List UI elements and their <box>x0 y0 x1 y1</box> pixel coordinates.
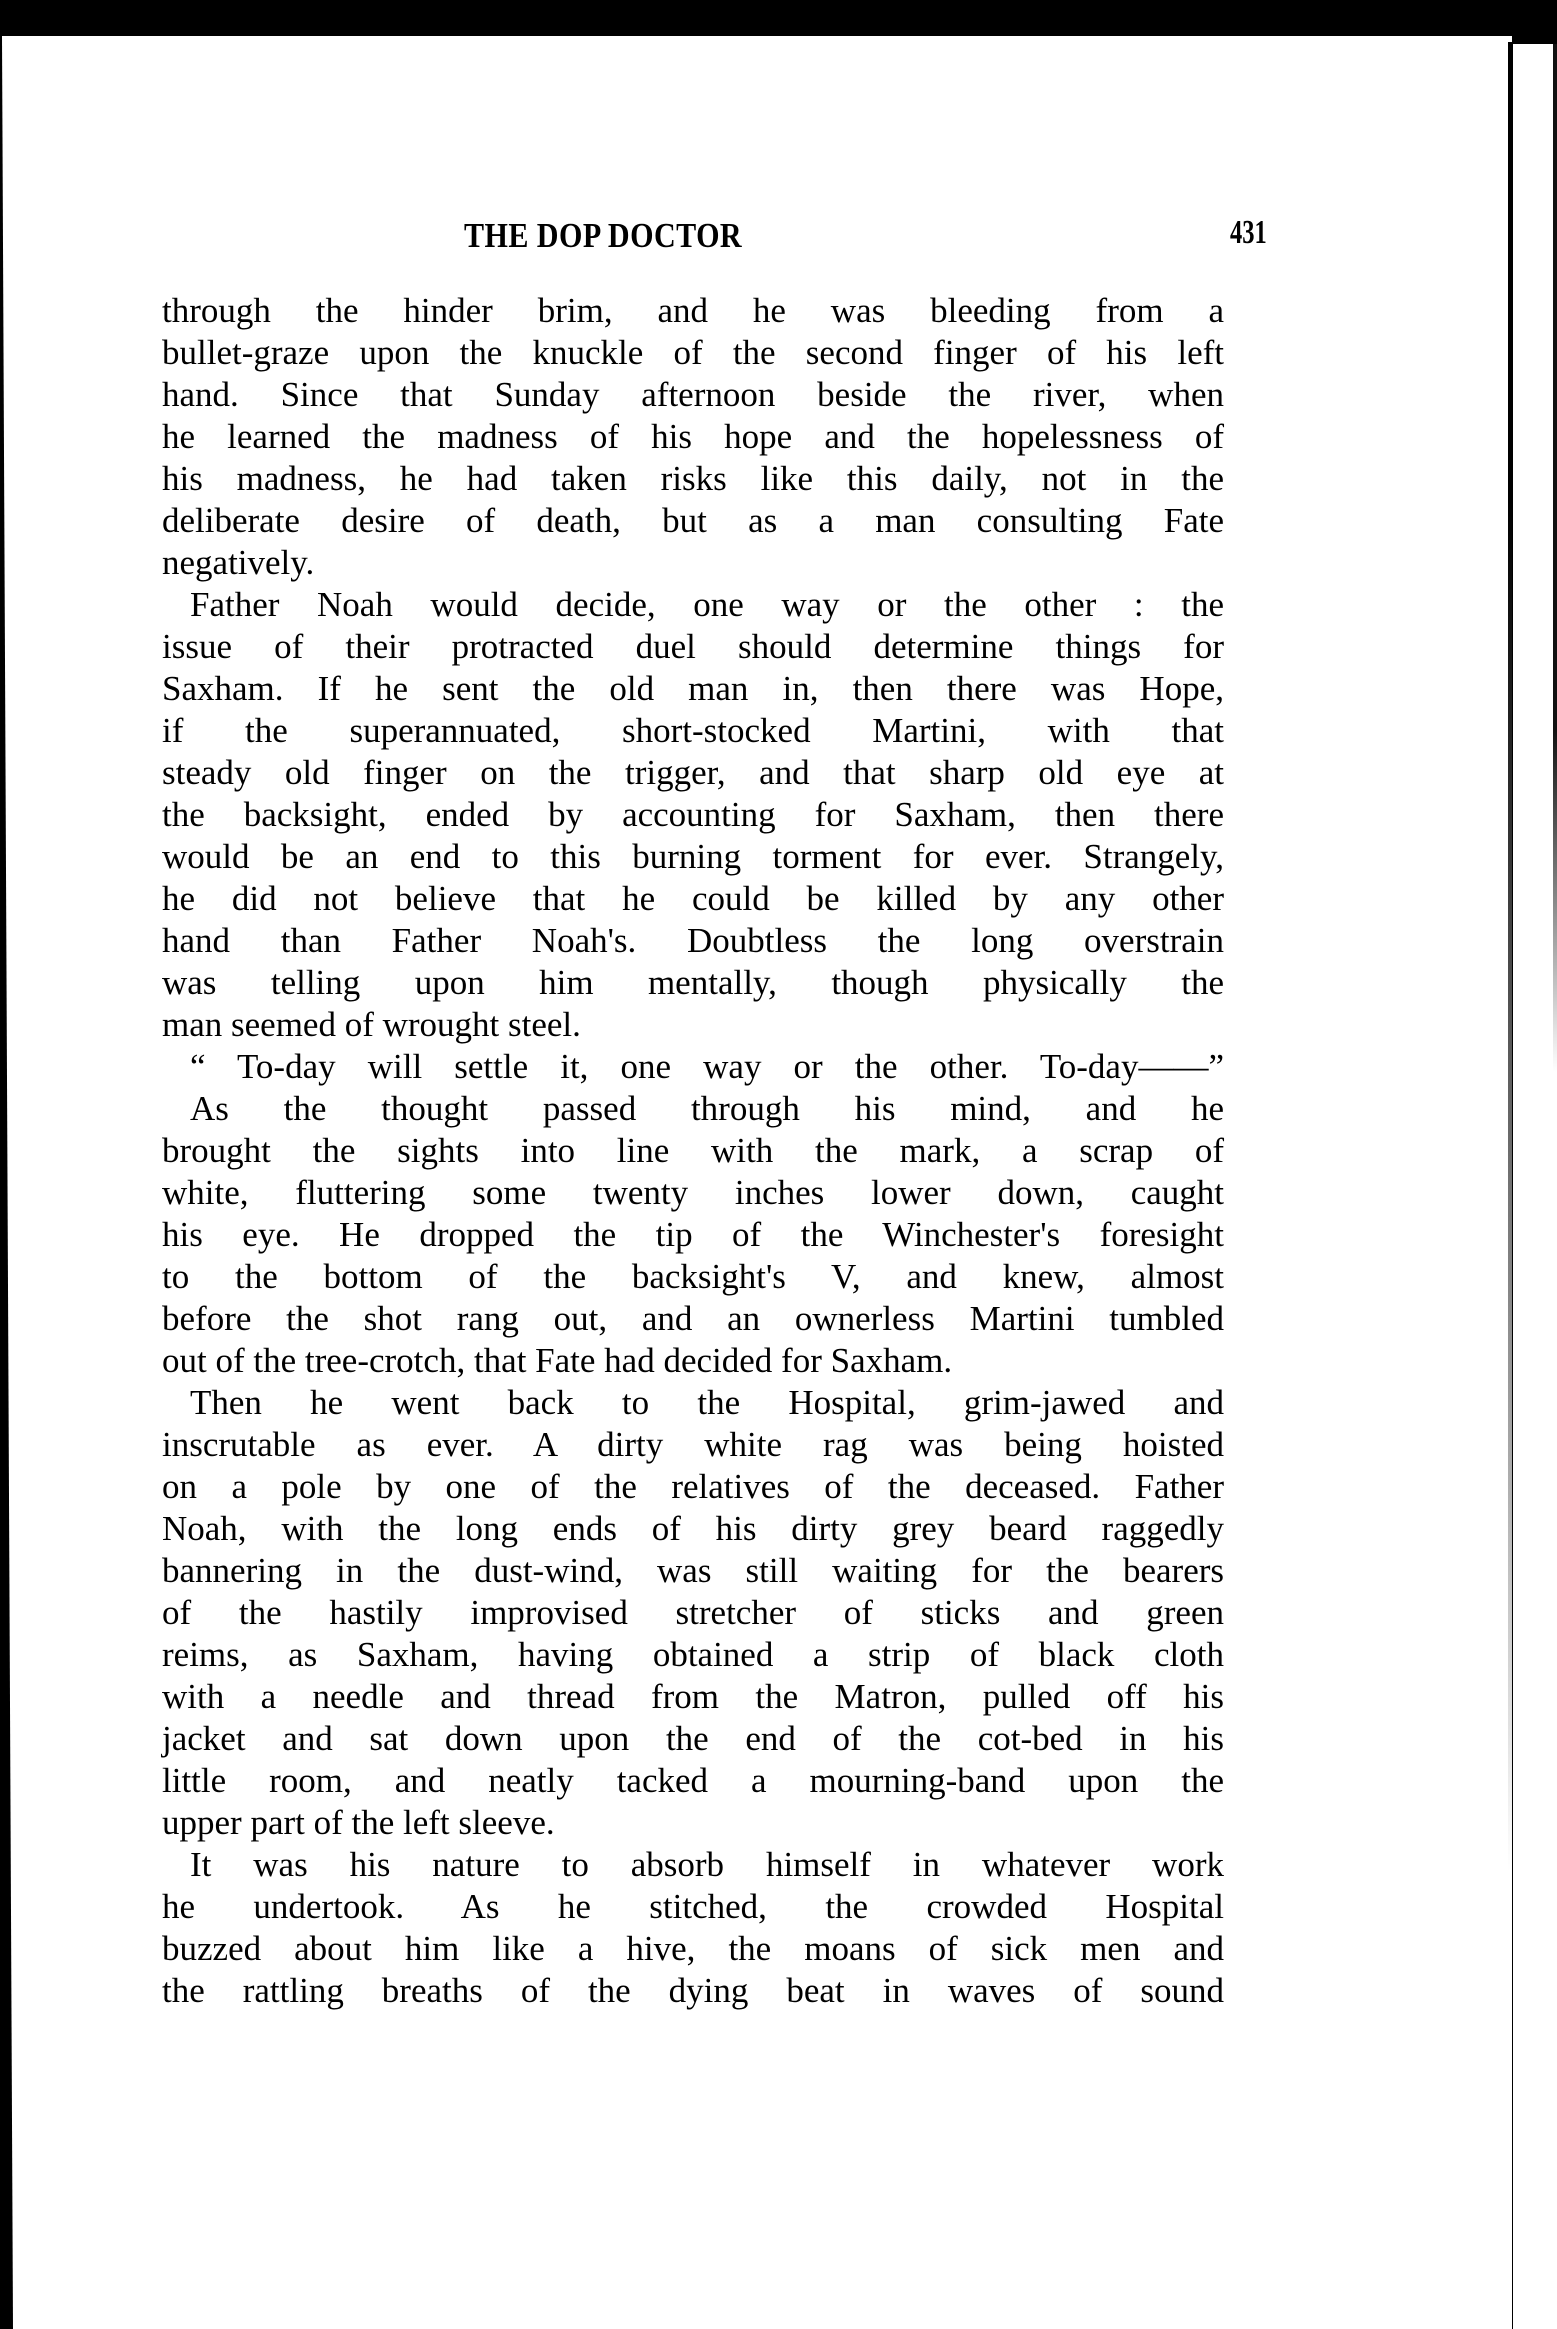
text-line: through the hinder brim, and he was blee… <box>162 290 1224 332</box>
text-line: he undertook. As he stitched, the crowde… <box>162 1886 1224 1928</box>
text-line: buzzed about him like a hive, the moans … <box>162 1928 1224 1970</box>
page-gutter-edge <box>1508 42 1512 2329</box>
text-line: the rattling breaths of the dying beat i… <box>162 1970 1224 2012</box>
paragraph: through the hinder brim, and he was blee… <box>162 290 1224 584</box>
text-line: his madness, he had taken risks like thi… <box>162 458 1224 500</box>
text-line: steady old finger on the trigger, and th… <box>162 752 1224 794</box>
scan-top-border <box>0 0 1557 36</box>
paragraph: Father Noah would decide, one way or the… <box>162 584 1224 1046</box>
text-line: before the shot rang out, and an ownerle… <box>162 1298 1224 1340</box>
text-line: inscrutable as ever. A dirty white rag w… <box>162 1424 1224 1466</box>
text-line: the backsight, ended by accounting for S… <box>162 794 1224 836</box>
text-line: issue of their protracted duel should de… <box>162 626 1224 668</box>
paragraph: Then he went back to the Hospital, grim-… <box>162 1382 1224 1844</box>
text-line: was telling upon him mentally, though ph… <box>162 962 1224 1004</box>
text-line: he learned the madness of his hope and t… <box>162 416 1224 458</box>
text-line: little room, and neatly tacked a mournin… <box>162 1760 1224 1802</box>
paragraph: It was his nature to absorb himself in w… <box>162 1844 1224 2012</box>
text-line: would be an end to this burning torment … <box>162 836 1224 878</box>
text-line: to the bottom of the backsight's V, and … <box>162 1256 1224 1298</box>
text-line: bannering in the dust-wind, was still wa… <box>162 1550 1224 1592</box>
text-line: white, fluttering some twenty inches low… <box>162 1172 1224 1214</box>
adjacent-page-edge <box>1513 44 1557 2329</box>
text-line: deliberate desire of death, but as a man… <box>162 500 1224 542</box>
text-line: negatively. <box>162 542 1224 584</box>
text-line: Father Noah would decide, one way or the… <box>162 584 1224 626</box>
text-line: if the superannuated, short-stocked Mart… <box>162 710 1224 752</box>
text-line: hand. Since that Sunday afternoon beside… <box>162 374 1224 416</box>
text-line: brought the sights into line with the ma… <box>162 1130 1224 1172</box>
paragraph: As the thought passed through his mind, … <box>162 1088 1224 1382</box>
text-line: “ To-day will settle it, one way or the … <box>162 1046 1224 1088</box>
text-line: jacket and sat down upon the end of the … <box>162 1718 1224 1760</box>
text-line: As the thought passed through his mind, … <box>162 1088 1224 1130</box>
text-line: man seemed of wrought steel. <box>162 1004 1224 1046</box>
text-line: out of the tree-crotch, that Fate had de… <box>162 1340 1224 1382</box>
text-line: hand than Father Noah's. Doubtless the l… <box>162 920 1224 962</box>
text-line: on a pole by one of the relatives of the… <box>162 1466 1224 1508</box>
page-number: 431 <box>1230 214 1267 252</box>
body-text: through the hinder brim, and he was blee… <box>162 290 1224 2012</box>
text-line: Then he went back to the Hospital, grim-… <box>162 1382 1224 1424</box>
text-line: his eye. He dropped the tip of the Winch… <box>162 1214 1224 1256</box>
text-line: he did not believe that he could be kill… <box>162 878 1224 920</box>
text-line: reims, as Saxham, having obtained a stri… <box>162 1634 1224 1676</box>
text-line: upper part of the left sleeve. <box>162 1802 1224 1844</box>
text-line: It was his nature to absorb himself in w… <box>162 1844 1224 1886</box>
text-line: of the hastily improvised stretcher of s… <box>162 1592 1224 1634</box>
text-line: bullet-graze upon the knuckle of the sec… <box>162 332 1224 374</box>
text-line: Noah, with the long ends of his dirty gr… <box>162 1508 1224 1550</box>
text-line: with a needle and thread from the Matron… <box>162 1676 1224 1718</box>
paragraph: “ To-day will settle it, one way or the … <box>162 1046 1224 1088</box>
text-line: Saxham. If he sent the old man in, then … <box>162 668 1224 710</box>
adjacent-page-shadow <box>1553 44 1557 2329</box>
running-title: THE DOP DOCTOR <box>464 216 742 256</box>
